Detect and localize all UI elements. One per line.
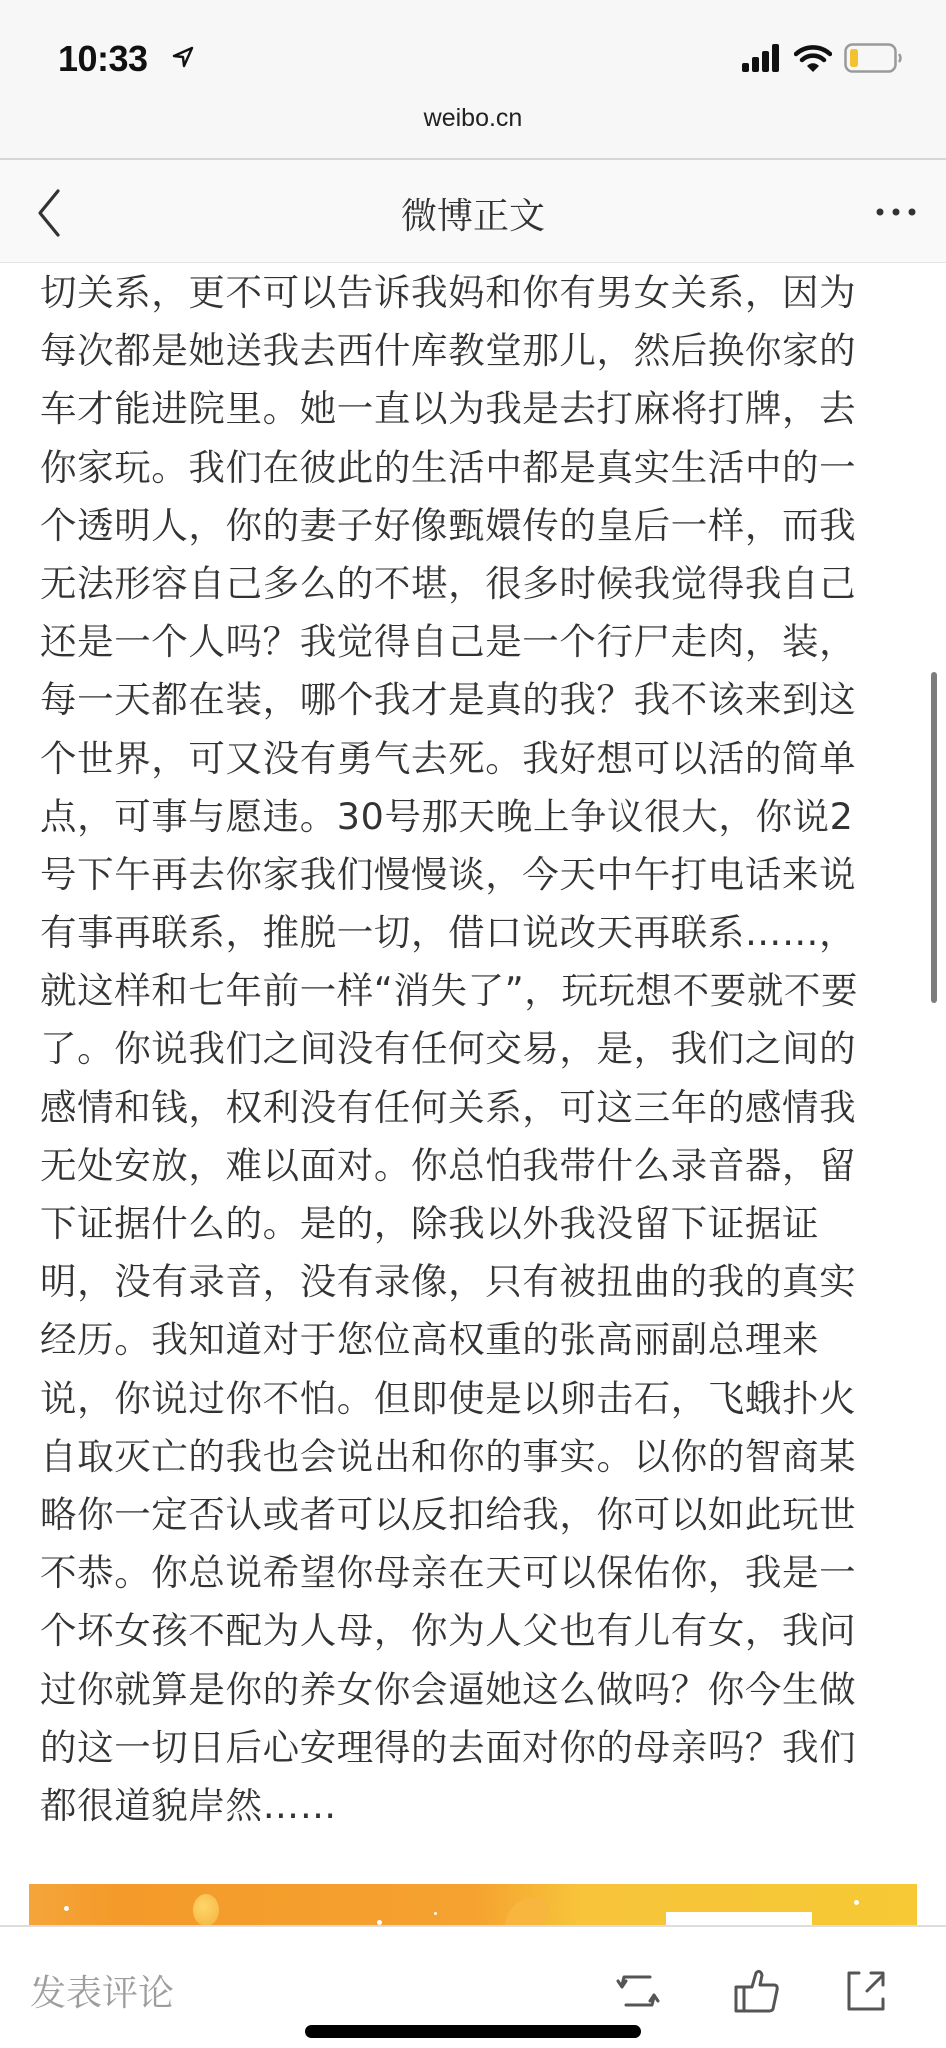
- repost-button[interactable]: [614, 1967, 662, 2015]
- url-bar[interactable]: weibo.cn: [0, 104, 946, 133]
- post-line: 有事再联系，推脱一切，借口说改天再联系……，: [40, 904, 910, 962]
- post-line: 就这样和七年前一样“消失了”，玩玩想不要就不要: [40, 962, 910, 1020]
- thumbs-up-icon: [732, 1967, 780, 2015]
- post-line: 车才能进院里。她一直以为我是去打麻将打牌，去: [40, 380, 910, 438]
- post-line: 还是一个人吗？我觉得自己是一个行尸走肉，装，: [40, 613, 910, 671]
- ellipsis-icon: [874, 200, 918, 224]
- status-time: 10:33: [58, 38, 148, 80]
- comment-input[interactable]: 发表评论: [30, 1965, 174, 2016]
- nav-header: 微博正文: [0, 160, 946, 263]
- post-line: 都很道貌岸然……: [40, 1777, 910, 1835]
- post-line: 说，你说过你不怕。但即使是以卵击石，飞蛾扑火: [40, 1370, 910, 1428]
- battery-low-icon: [844, 43, 902, 73]
- post-line: 自取灭亡的我也会说出和你的事实。以你的智商某: [40, 1428, 910, 1486]
- post-line: 略你一定否认或者可以反扣给我，你可以如此玩世: [40, 1486, 910, 1544]
- repost-icon: [614, 1967, 662, 2015]
- post-line: 过你就算是你的养女你会逼她这么做吗？你今生做: [40, 1661, 910, 1719]
- post-line: 你家玩。我们在彼此的生活中都是真实生活中的一: [40, 439, 910, 497]
- post-line: 不恭。你总说希望你母亲在天可以保佑你，我是一: [40, 1544, 910, 1602]
- sparkle-icon: [64, 1906, 69, 1911]
- post-body: 切关系，更不可以告诉我妈和你有男女关系，因为 每次都是她送我去西什库教堂那儿，然…: [40, 264, 910, 1835]
- post-line: 下证据什么的。是的，除我以外我没留下证据证: [40, 1195, 910, 1253]
- more-options-button[interactable]: [874, 200, 918, 224]
- post-line: 的这一切日后心安理得的去面对你的母亲吗？我们: [40, 1719, 910, 1777]
- share-button[interactable]: [843, 1967, 891, 2015]
- post-line: 感情和钱，权利没有任何关系，可这三年的感情我: [40, 1079, 910, 1137]
- wifi-icon: [794, 44, 832, 72]
- post-line: 点，可事与愿违。30号那天晚上争议很大，你说2: [40, 788, 910, 846]
- page-title: 微博正文: [0, 188, 946, 239]
- post-line: 个透明人，你的妻子好像甄嬛传的皇后一样，而我: [40, 497, 910, 555]
- post-line: 无处安放，难以面对。你总怕我带什么录音器，留: [40, 1137, 910, 1195]
- post-line: 每一天都在装，哪个我才是真的我？我不该来到这: [40, 671, 910, 729]
- post-line: 号下午再去你家我们慢慢谈，今天中午打电话来说: [40, 846, 910, 904]
- post-line: 无法形容自己多么的不堪，很多时候我觉得我自己: [40, 555, 910, 613]
- scrollbar[interactable]: [931, 672, 937, 1003]
- post-line: 明，没有录音，没有录像，只有被扭曲的我的真实: [40, 1253, 910, 1311]
- sparkle-icon: [434, 1912, 437, 1915]
- post-line: 经历。我知道对于您位高权重的张高丽副总理来: [40, 1311, 910, 1369]
- sparkle-icon: [854, 1900, 859, 1905]
- post-line: 个世界，可又没有勇气去死。我好想可以活的简单: [40, 730, 910, 788]
- coin-icon: [193, 1894, 219, 1926]
- cellular-signal-icon: [742, 44, 782, 72]
- status-icons: [742, 42, 902, 74]
- browser-bar: 10:33 weibo.cn: [0, 0, 946, 160]
- home-indicator[interactable]: [305, 2025, 641, 2038]
- like-button[interactable]: [732, 1967, 780, 2015]
- post-line: 个坏女孩不配为人母，你为人父也有儿有女，我问: [40, 1602, 910, 1660]
- post-line: 切关系，更不可以告诉我妈和你有男女关系，因为: [40, 264, 910, 322]
- post-line: 每次都是她送我去西什库教堂那儿，然后换你家的: [40, 322, 910, 380]
- post-line: 了。你说我们之间没有任何交易，是，我们之间的: [40, 1020, 910, 1078]
- share-icon: [843, 1967, 891, 2015]
- location-arrow-icon: [172, 46, 194, 68]
